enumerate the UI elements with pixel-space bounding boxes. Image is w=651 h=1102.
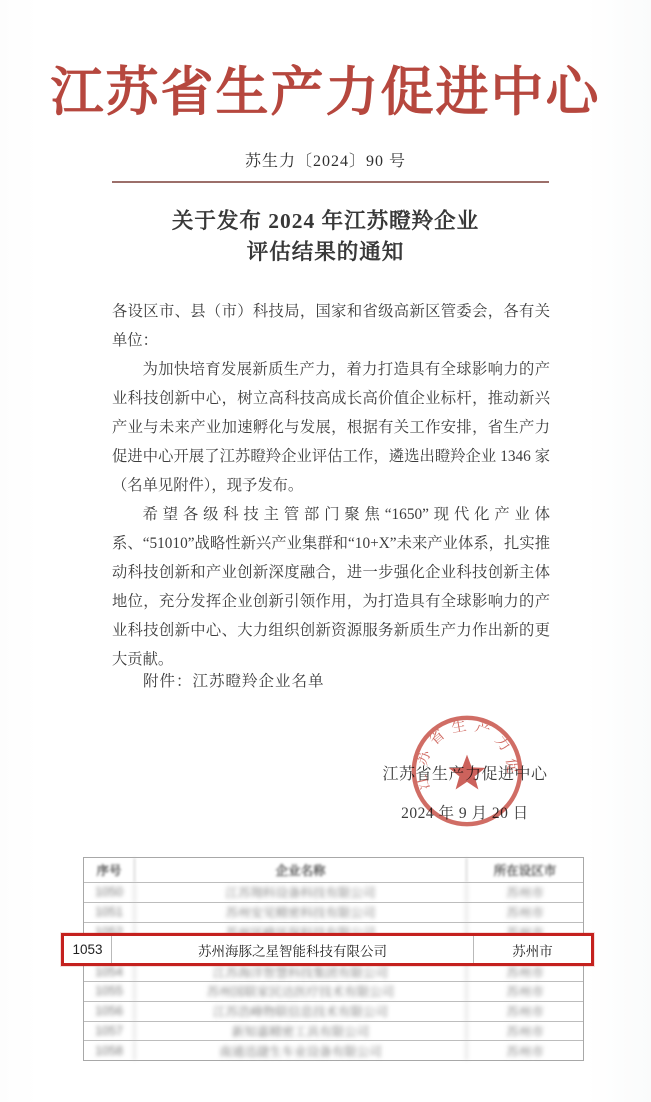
table-cell-name: 南通迅捷生车业设备有限公司 — [134, 1041, 466, 1060]
paragraph-1: 为加快培育发展新质生产力，着力打造具有全球影响力的产业科技创新中心，树立高科技高… — [112, 355, 550, 500]
table-row: 1055苏州国联家民达医疗技术有限公司苏州市 — [84, 981, 583, 1001]
header-divider — [112, 181, 549, 183]
highlighted-row-name: 苏州海豚之星智能科技有限公司 — [112, 936, 474, 963]
paragraph-2: 希望各级科技主管部门聚焦“1650”现代化产业体系、“51010”战略性新兴产业… — [112, 500, 550, 674]
table-header-row: 序号 企业名称 所在设区市 — [84, 858, 583, 882]
table-cell-name: 苏州国联家民达医疗技术有限公司 — [134, 982, 466, 1001]
seal-star — [449, 755, 486, 790]
table-row: 1056江苏浩峰物联信息技术有限公司苏州市 — [84, 1001, 583, 1021]
table-row: 1058南通迅捷生车业设备有限公司苏州市 — [84, 1040, 583, 1060]
table-cell-city: 苏州市 — [466, 1002, 583, 1021]
highlighted-row: 1053 苏州海豚之星智能科技有限公司 苏州市 — [61, 933, 594, 966]
header-cell-name: 企业名称 — [134, 858, 466, 882]
table-cell-no: 1058 — [84, 1041, 134, 1060]
official-seal-graphic: 江苏省生产力促进中心 — [409, 713, 525, 829]
document-body: 各设区市、县（市）科技局，国家和省级高新区管委会，各有关单位： 为加快培育发展新… — [112, 297, 550, 674]
table-cell-no: 1057 — [84, 1022, 134, 1041]
table-cell-no: 1056 — [84, 1002, 134, 1021]
document-page: 江苏省生产力促进中心 苏生力〔2024〕90 号 关于发布 2024 年江苏瞪羚… — [0, 0, 651, 1102]
doc-title-line1: 关于发布 2024 年江苏瞪羚企业 — [172, 209, 479, 233]
attachment-note: 附件：江苏瞪羚企业名单 — [143, 669, 325, 691]
doc-number: 苏生力〔2024〕90 号 — [0, 148, 651, 171]
table-cell-name: 江苏浩峰物联信息技术有限公司 — [134, 1002, 466, 1021]
table-cell-city: 苏州市 — [466, 1041, 583, 1060]
highlighted-row-city: 苏州市 — [474, 936, 591, 963]
table-row: 1050江苏翔科设备科技有限公司苏州市 — [84, 882, 583, 902]
table-cell-name: 新知嘉精密工具有限公司 — [134, 1022, 466, 1041]
table-cell-city: 苏州市 — [466, 883, 583, 902]
header-cell-city: 所在设区市 — [466, 858, 583, 882]
table-cell-name: 苏州安见精密科技有限公司 — [134, 903, 466, 922]
table-cell-no: 1055 — [84, 982, 134, 1001]
official-seal: 江苏省生产力促进中心 — [409, 713, 525, 829]
salutation: 各设区市、县（市）科技局，国家和省级高新区管委会，各有关单位： — [112, 297, 550, 355]
table-cell-city: 苏州市 — [466, 982, 583, 1001]
table-row: 1051苏州安见精密科技有限公司苏州市 — [84, 902, 583, 922]
doc-title: 关于发布 2024 年江苏瞪羚企业评估结果的通知 — [0, 206, 651, 268]
doc-title-line2: 评估结果的通知 — [247, 240, 405, 264]
table-cell-name: 江苏翔科设备科技有限公司 — [134, 883, 466, 902]
table-cell-city: 苏州市 — [466, 1022, 583, 1041]
header-cell-no: 序号 — [84, 858, 134, 882]
table-row: 1057新知嘉精密工具有限公司苏州市 — [84, 1021, 583, 1041]
table-cell-no: 1051 — [84, 903, 134, 922]
table-cell-city: 苏州市 — [466, 903, 583, 922]
highlighted-row-no: 1053 — [64, 936, 112, 963]
table-cell-no: 1050 — [84, 883, 134, 902]
table-body: 1050江苏翔科设备科技有限公司苏州市1051苏州安见精密科技有限公司苏州市10… — [84, 882, 583, 1060]
org-title: 江苏省生产力促进中心 — [0, 50, 651, 126]
